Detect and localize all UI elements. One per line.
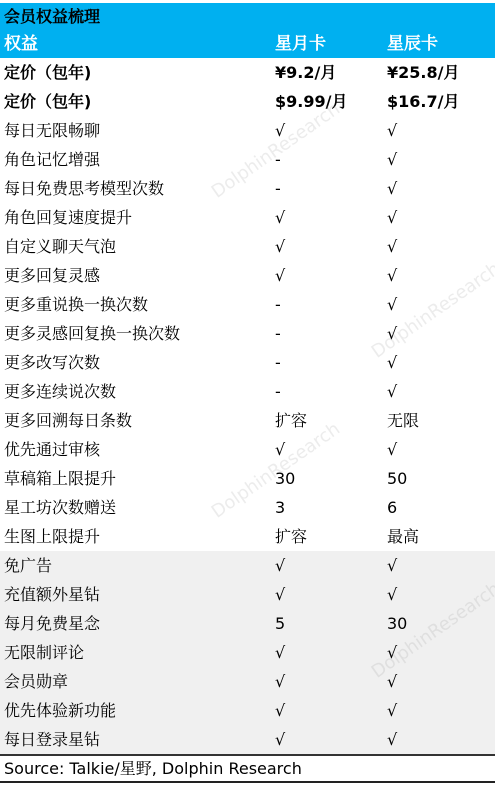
row-label: 每月免费星念 xyxy=(0,609,275,638)
row-label: 优先体验新功能 xyxy=(0,696,275,725)
table-row: 草稿箱上限提升3050 xyxy=(0,464,495,493)
xingchen-value: √ xyxy=(387,696,495,725)
xingyue-value: √ xyxy=(275,116,387,145)
row-label: 更多改写次数 xyxy=(0,348,275,377)
row-label: 会员勋章 xyxy=(0,667,275,696)
table-row: 优先通过审核√√ xyxy=(0,435,495,464)
price-row-usd: 定价（包年) $9.99/月 $16.7/月 xyxy=(0,87,495,116)
xingyue-value: ¥9.2/月 xyxy=(275,58,387,87)
xingyue-value: √ xyxy=(275,435,387,464)
membership-benefits-table: 会员权益梳理 权益 星月卡 星辰卡 定价（包年) ¥9.2/月 ¥25.8/月 … xyxy=(0,3,495,754)
xingchen-value: 最高 xyxy=(387,522,495,551)
xingyue-value: √ xyxy=(275,203,387,232)
xingyue-value: 扩容 xyxy=(275,522,387,551)
xingyue-value: √ xyxy=(275,667,387,696)
table-row: 生图上限提升扩容最高 xyxy=(0,522,495,551)
xingyue-value: - xyxy=(275,174,387,203)
xingyue-value: √ xyxy=(275,725,387,754)
xingchen-value: √ xyxy=(387,203,495,232)
xingchen-value: √ xyxy=(387,638,495,667)
row-label: 每日登录星钻 xyxy=(0,725,275,754)
xingchen-value: 6 xyxy=(387,493,495,522)
xingyue-value: √ xyxy=(275,638,387,667)
table-row: 角色回复速度提升√√ xyxy=(0,203,495,232)
xingyue-value: √ xyxy=(275,232,387,261)
row-label: 角色记忆增强 xyxy=(0,145,275,174)
source-footer: Source: Talkie/星野, Dolphin Research xyxy=(0,754,495,783)
xingchen-value: 50 xyxy=(387,464,495,493)
xingchen-value: √ xyxy=(387,725,495,754)
table-row: 每日登录星钻√√ xyxy=(0,725,495,754)
price-row-cny: 定价（包年) ¥9.2/月 ¥25.8/月 xyxy=(0,58,495,87)
col-xingchen-header: 星辰卡 xyxy=(387,30,495,58)
xingchen-value: √ xyxy=(387,116,495,145)
xingchen-value: √ xyxy=(387,174,495,203)
xingchen-value: √ xyxy=(387,319,495,348)
xingchen-value: √ xyxy=(387,145,495,174)
table-row: 无限制评论√√ xyxy=(0,638,495,667)
row-label: 定价（包年) xyxy=(0,58,275,87)
xingyue-value: √ xyxy=(275,261,387,290)
xingyue-value: √ xyxy=(275,696,387,725)
xingchen-value: √ xyxy=(387,580,495,609)
xingyue-value: - xyxy=(275,290,387,319)
xingchen-value: 无限 xyxy=(387,406,495,435)
row-label: 更多灵感回复换一换次数 xyxy=(0,319,275,348)
xingyue-value: √ xyxy=(275,580,387,609)
xingyue-value: - xyxy=(275,377,387,406)
xingyue-value: - xyxy=(275,348,387,377)
row-label: 草稿箱上限提升 xyxy=(0,464,275,493)
table-row: 自定义聊天气泡√√ xyxy=(0,232,495,261)
row-label: 免广告 xyxy=(0,551,275,580)
table-row: 更多连续说次数-√ xyxy=(0,377,495,406)
xingyue-value: 3 xyxy=(275,493,387,522)
row-label: 更多连续说次数 xyxy=(0,377,275,406)
other-benefits-section: 免广告√√ 充值额外星钻√√ 每月免费星念530 无限制评论√√ 会员勋章√√ … xyxy=(0,551,495,754)
row-label: 无限制评论 xyxy=(0,638,275,667)
table-row: 每日免费思考模型次数-√ xyxy=(0,174,495,203)
xingyue-value: 扩容 xyxy=(275,406,387,435)
row-label: 每日免费思考模型次数 xyxy=(0,174,275,203)
col-benefit-header: 权益 xyxy=(0,30,275,58)
table-row: 更多回复灵感√√ xyxy=(0,261,495,290)
table-row: 更多回溯每日条数扩容无限 xyxy=(0,406,495,435)
row-label: 每日无限畅聊 xyxy=(0,116,275,145)
xingchen-value: √ xyxy=(387,290,495,319)
row-label: 自定义聊天气泡 xyxy=(0,232,275,261)
xingchen-value: √ xyxy=(387,667,495,696)
xingyue-value: $9.99/月 xyxy=(275,87,387,116)
row-label: 定价（包年) xyxy=(0,87,275,116)
xingyue-value: √ xyxy=(275,551,387,580)
xingyue-value: 5 xyxy=(275,609,387,638)
xingyue-value: - xyxy=(275,319,387,348)
row-label: 生图上限提升 xyxy=(0,522,275,551)
table-row: 优先体验新功能√√ xyxy=(0,696,495,725)
col-xingyue-header: 星月卡 xyxy=(275,30,387,58)
column-headers: 权益 星月卡 星辰卡 xyxy=(0,30,495,58)
table-row: 每月免费星念530 xyxy=(0,609,495,638)
row-label: 更多回溯每日条数 xyxy=(0,406,275,435)
row-label: 优先通过审核 xyxy=(0,435,275,464)
row-label: 更多回复灵感 xyxy=(0,261,275,290)
xingchen-value: √ xyxy=(387,377,495,406)
table-row: 更多改写次数-√ xyxy=(0,348,495,377)
xingyue-value: - xyxy=(275,145,387,174)
xingchen-value: √ xyxy=(387,232,495,261)
row-label: 充值额外星钻 xyxy=(0,580,275,609)
xingyue-value: 30 xyxy=(275,464,387,493)
xingchen-value: √ xyxy=(387,551,495,580)
table-title: 会员权益梳理 xyxy=(0,3,495,30)
table-row: 免广告√√ xyxy=(0,551,495,580)
xingchen-value: √ xyxy=(387,348,495,377)
row-label: 角色回复速度提升 xyxy=(0,203,275,232)
table-row: 星工坊次数赠送36 xyxy=(0,493,495,522)
row-label: 更多重说换一换次数 xyxy=(0,290,275,319)
table-row: 更多灵感回复换一换次数-√ xyxy=(0,319,495,348)
table-row: 角色记忆增强-√ xyxy=(0,145,495,174)
xingchen-value: $16.7/月 xyxy=(387,87,495,116)
table-header: 会员权益梳理 权益 星月卡 星辰卡 xyxy=(0,3,495,58)
table-row: 每日无限畅聊√√ xyxy=(0,116,495,145)
table-row: 充值额外星钻√√ xyxy=(0,580,495,609)
xingchen-value: √ xyxy=(387,435,495,464)
table-row: 会员勋章√√ xyxy=(0,667,495,696)
xingchen-value: 30 xyxy=(387,609,495,638)
xingchen-value: ¥25.8/月 xyxy=(387,58,495,87)
table-row: 更多重说换一换次数-√ xyxy=(0,290,495,319)
xingchen-value: √ xyxy=(387,261,495,290)
row-label: 星工坊次数赠送 xyxy=(0,493,275,522)
